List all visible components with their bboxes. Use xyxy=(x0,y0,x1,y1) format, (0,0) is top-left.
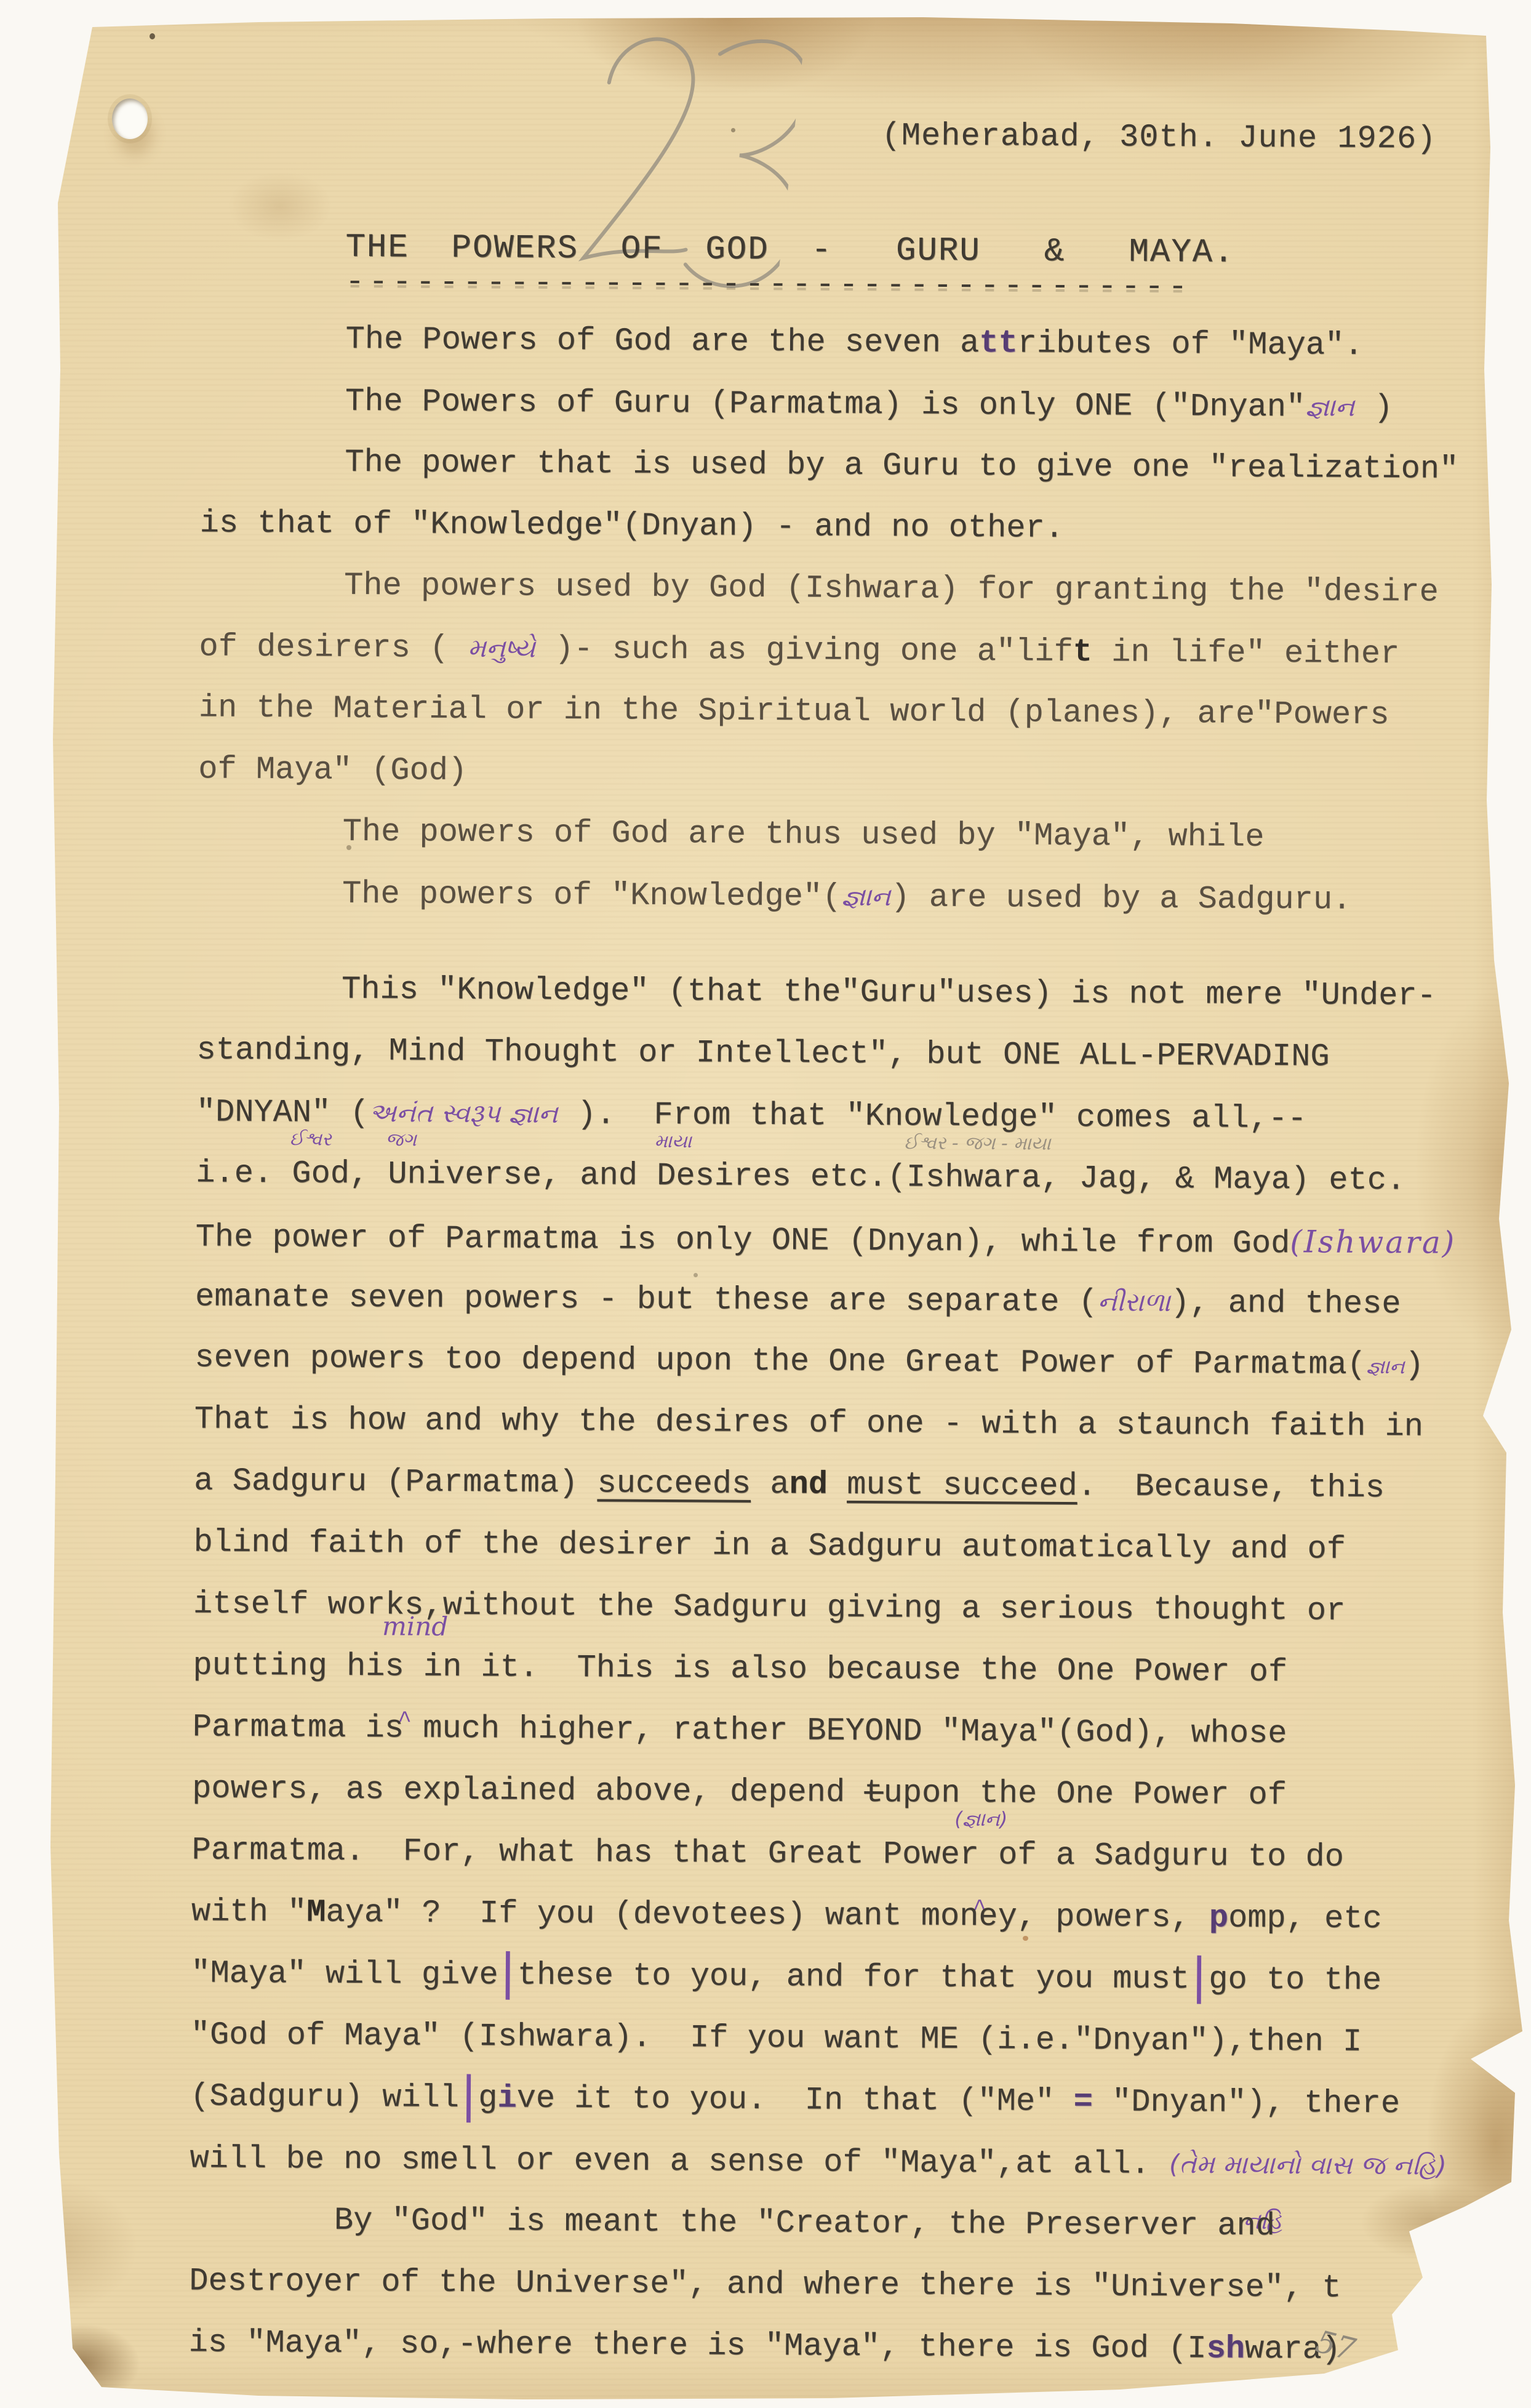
typed-line: The powers used by God (Ishwara) for gra… xyxy=(199,554,1505,624)
typed-line: will be no smell or even a sense of "May… xyxy=(190,2127,1495,2197)
typed-line: with "Maya" ? If you (devotees) want mon… xyxy=(191,1881,1497,1951)
typed-text: emanate seven powers - but these are sep… xyxy=(195,1278,1098,1320)
typed-text xyxy=(828,1467,847,1503)
typed-text: ), and these xyxy=(1170,1285,1401,1322)
dateline: (Meherabad, 30th. June 1926) xyxy=(881,118,1436,158)
typed-text: Universe, and xyxy=(388,1156,657,1194)
title-block: THE POWERS OF GOD - GURU & MAYA. -------… xyxy=(345,229,1235,306)
typed-line: a Sadguru (Parmatma) succeeds and must s… xyxy=(194,1450,1499,1520)
typed-line: is that of "Knowledge"(Dnyan) - and no o… xyxy=(199,492,1505,562)
typed-line: "God of Maya" (Ishwara). If you want ME … xyxy=(190,2004,1495,2074)
typed-text: (Sadguru) will xyxy=(190,2078,459,2116)
typed-text: powers, as explained above, depend xyxy=(192,1770,865,1811)
typed-text: Ishwara, Jag, & Maya) etc. xyxy=(906,1159,1406,1198)
typed-line: The powers of God are thus used by "Maya… xyxy=(198,800,1503,870)
typed-text: Parmatma. For, what has that Great Power xyxy=(191,1832,979,1873)
typed-line: That is how and why the desires of one -… xyxy=(194,1389,1500,1458)
typed-text: go to the xyxy=(1209,1961,1381,1999)
typed-line: This "Knowledge" (that the"Guru"uses) is… xyxy=(197,958,1502,1027)
typed-text: will be no smell or even a sense of "May… xyxy=(190,2140,1169,2183)
typed-line: Parmatma. For, what has that Great Power… xyxy=(191,1820,1497,1889)
typed-line: of Maya" (God) xyxy=(198,739,1503,808)
typed-text: of desirers ( xyxy=(199,628,468,667)
typed-text: g xyxy=(478,2080,498,2116)
typed-text: a xyxy=(751,1466,789,1503)
typed-text: The powers of God are thus used by "Maya… xyxy=(343,814,1265,856)
typed-text: God, xyxy=(292,1155,388,1192)
struck-letter: t xyxy=(864,1775,884,1811)
typed-text: with " xyxy=(191,1893,307,1930)
handwritten-gujarati-annotation: જ્ઞાન xyxy=(1366,1354,1405,1378)
typed-line: seven powers too depend upon the One Gre… xyxy=(194,1327,1500,1397)
typed-text: ) are used by a Sadguru. xyxy=(890,879,1351,918)
handwritten-gujarati-annotation: જ્ઞાન xyxy=(841,881,890,912)
typed-text: i.e. xyxy=(196,1155,292,1192)
typed-line: The powers of "Knowledge"(જ્ઞાન) are use… xyxy=(198,862,1503,931)
typed-text: blind faith of the desirer in a Sadguru … xyxy=(193,1524,1346,1567)
handwritten-gujarati-annotation: (તેમ માયાનો વાસ જ નહિ) xyxy=(1169,2149,1447,2181)
purple-overstrike: i xyxy=(497,2080,517,2116)
handwritten-gujarati-annotation: નીરાળા xyxy=(1098,1286,1171,1317)
handwritten-gujarati-annotation: મનુષ્યે xyxy=(468,633,535,664)
typed-text: The Powers of God are the seven a xyxy=(345,321,979,361)
typed-text: omp, etc xyxy=(1228,1900,1382,1938)
typed-text: "God of Maya" (Ishwara). If you want ME … xyxy=(191,2017,1362,2060)
typed-line: Parmatma is much higher, rather BEYOND "… xyxy=(192,1696,1497,1766)
typed-text: "DNYAN" ( xyxy=(196,1094,369,1131)
typed-line: By "God" is meant the "Creator, the Pres… xyxy=(190,2189,1495,2258)
typed-text: The powers of "Knowledge"( xyxy=(342,876,842,915)
typed-text: Destroyer of the Universe", and where th… xyxy=(189,2263,1341,2306)
typed-text: The powers used by God (Ishwara) for gra… xyxy=(344,568,1439,611)
handwritten-gujarati-annotation: અનંત સ્વરૂપ જ્ઞાન xyxy=(369,1098,558,1129)
typed-text: standing, Mind Thought or Intellect", bu… xyxy=(196,1032,1329,1075)
typed-text: a Sadguru (Parmatma) xyxy=(194,1463,598,1501)
purple-overstrike: p xyxy=(1209,1900,1229,1936)
typed-line: Destroyer of the Universe", and where th… xyxy=(189,2250,1494,2320)
typed-text: of Maya" (God) xyxy=(198,751,467,789)
typed-text: ve it to you. In that ("Me" xyxy=(516,2081,1073,2121)
typed-line: blind faith of the desirer in a Sadguru … xyxy=(193,1512,1498,1581)
typed-text: By "God" is meant the "Creator, the Pres… xyxy=(334,2202,1275,2244)
typed-text: Parmatma is much higher, rather BEYOND "… xyxy=(193,1709,1287,1752)
typed-line: (Sadguru) will|give it to you. In that (… xyxy=(190,2066,1495,2135)
typed-text: putting his xyxy=(193,1647,404,1685)
typed-text: This "Knowledge" (that the"Guru"uses) is… xyxy=(342,971,1436,1014)
handwritten-gujarati-annotation: જ્ઞાન xyxy=(1305,391,1354,422)
overstrike-correction: nd xyxy=(789,1466,828,1503)
purple-overstrike: = xyxy=(1073,2084,1093,2120)
purple-overstrike: sh xyxy=(1206,2330,1245,2367)
typed-text: itself works,without the Sadguru giving … xyxy=(193,1586,1346,1629)
typed-text: )- such as giving one a"lif xyxy=(535,631,1073,670)
page-content: (Meherabad, 30th. June 1926) THE POWERS … xyxy=(0,0,1531,2408)
scanned-document-page: { "document": { "pencil_page_number": "2… xyxy=(0,0,1531,2408)
typed-line: i.e. ઈશ્વરGod, જગUniverse, and માયાDesir… xyxy=(196,1142,1501,1212)
overstrike-correction: t xyxy=(1073,634,1093,670)
overstrike-correction: M xyxy=(306,1894,326,1930)
typed-line: The power of Parmatma is only ONE (Dnyan… xyxy=(195,1204,1500,1274)
typed-text: aya" ? If you (devotees) want money, pow… xyxy=(326,1895,1209,1936)
typed-line: The Powers of Guru (Parmatma) is only ON… xyxy=(201,369,1506,439)
typed-text: in life" either xyxy=(1092,634,1400,672)
typed-text: "Dnyan"), there xyxy=(1093,2084,1401,2122)
typed-text: . Because, this xyxy=(1077,1468,1385,1506)
typed-text: seven powers too depend upon the One Gre… xyxy=(194,1339,1366,1383)
typed-text: of a Sadguru to do xyxy=(979,1837,1344,1876)
underlined-text: succeeds xyxy=(597,1465,751,1503)
typed-text: ributes of "Maya". xyxy=(1018,325,1364,363)
typed-text: "Maya" will give xyxy=(191,1955,498,1993)
typed-text: ) xyxy=(1354,390,1393,426)
typed-line: is "Maya", so,-where there is "Maya", th… xyxy=(188,2312,1493,2382)
typed-text: is that of "Knowledge"(Dnyan) - and no o… xyxy=(200,505,1065,547)
purple-overstrike: tt xyxy=(979,325,1018,361)
typed-line: powers, as explained above, depend tupon… xyxy=(192,1758,1497,1828)
typed-text: The power that is used by a Guru to give… xyxy=(345,444,1458,488)
typed-text: The power of Parmatma is only ONE (Dnyan… xyxy=(195,1219,1290,1262)
typed-line: of desirers ( મનુષ્યે )- such as giving … xyxy=(199,616,1504,685)
typed-text: in it. This is also because the One Powe… xyxy=(404,1648,1287,1690)
typed-line: standing, Mind Thought or Intellect", bu… xyxy=(196,1019,1501,1089)
typed-text: That is how and why the desires of one -… xyxy=(194,1401,1423,1445)
typed-line: emanate seven powers - but these are sep… xyxy=(195,1266,1500,1335)
typed-line: The Powers of God are the seven attribut… xyxy=(201,308,1506,377)
handwritten-annotation: (Ishwara) xyxy=(1290,1224,1456,1261)
typed-text: ) xyxy=(1405,1347,1425,1383)
typed-text: upon the One Power of xyxy=(883,1775,1287,1813)
typed-line: "Maya" will give|these to you, and for t… xyxy=(191,1943,1496,2012)
typed-line: putting hismind^ in it. This is also bec… xyxy=(193,1635,1498,1704)
title-underline: ------------------------------------ xyxy=(345,264,1234,306)
typed-line: The power that is used by a Guru to give… xyxy=(200,431,1505,500)
document-body: The Powers of God are the seven attribut… xyxy=(188,308,1505,2382)
typed-text: in the Material or in the Spiritual worl… xyxy=(199,689,1389,733)
underlined-text: must succeed xyxy=(847,1467,1077,1504)
typed-text: The Powers of Guru (Parmatma) is only ON… xyxy=(345,383,1306,426)
typed-text: Desires etc.( xyxy=(657,1158,906,1195)
typed-line: in the Material or in the Spiritual worl… xyxy=(199,677,1504,747)
typed-text: is "Maya", so,-where there is "Maya", th… xyxy=(189,2324,1207,2367)
typed-text: these to you, and for that you must xyxy=(518,1957,1190,1998)
